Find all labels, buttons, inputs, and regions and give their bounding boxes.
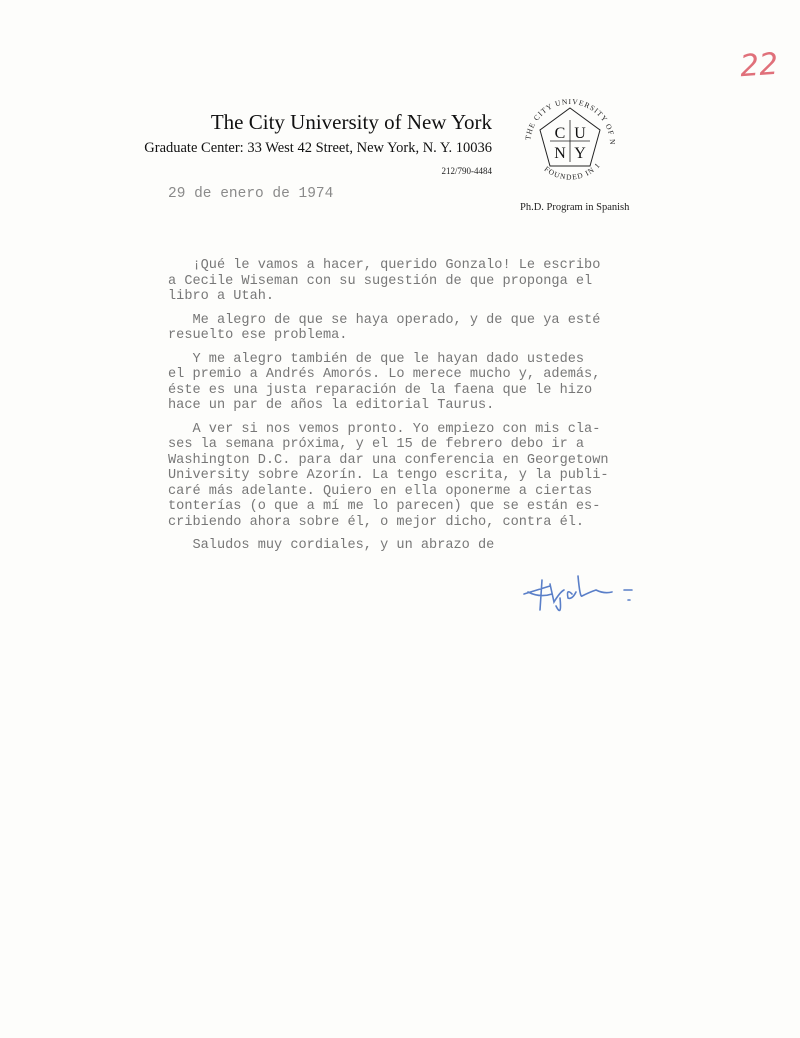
letterhead-institution: The City University of New York [211,110,492,135]
paragraph: A ver si nos vemos pronto. Yo empiezo co… [168,422,668,531]
paragraph: ¡Qué le vamos a hacer, querido Gonzalo! … [168,258,668,305]
svg-text:Y: Y [574,145,586,162]
signature-icon [520,570,650,620]
letter-date: 29 de enero de 1974 [168,186,333,202]
paragraph: Y me alegro también de que le hayan dado… [168,352,668,414]
program-name: Ph.D. Program in Spanish [520,202,629,213]
svg-text:U: U [574,125,586,142]
svg-text:C: C [555,125,566,142]
svg-text:THE CITY UNIVERSITY OF NEW YOR: THE CITY UNIVERSITY OF NEW YORK [516,86,617,146]
paragraph: Saludos muy cordiales, y un abrazo de [168,538,668,554]
letterhead-address: Graduate Center: 33 West 42 Street, New … [144,140,492,157]
cuny-seal-icon: THE CITY UNIVERSITY OF NEW YORK FOUNDED … [516,86,624,194]
page-number: 22 [739,47,780,85]
paragraph: Me alegro de que se haya operado, y de q… [168,313,668,344]
letterhead-phone: 212/790-4484 [442,166,493,176]
letter-body: ¡Qué le vamos a hacer, querido Gonzalo! … [168,258,668,562]
svg-text:N: N [554,145,566,162]
seal-ring-text: THE CITY UNIVERSITY OF NEW YORK [516,86,617,146]
